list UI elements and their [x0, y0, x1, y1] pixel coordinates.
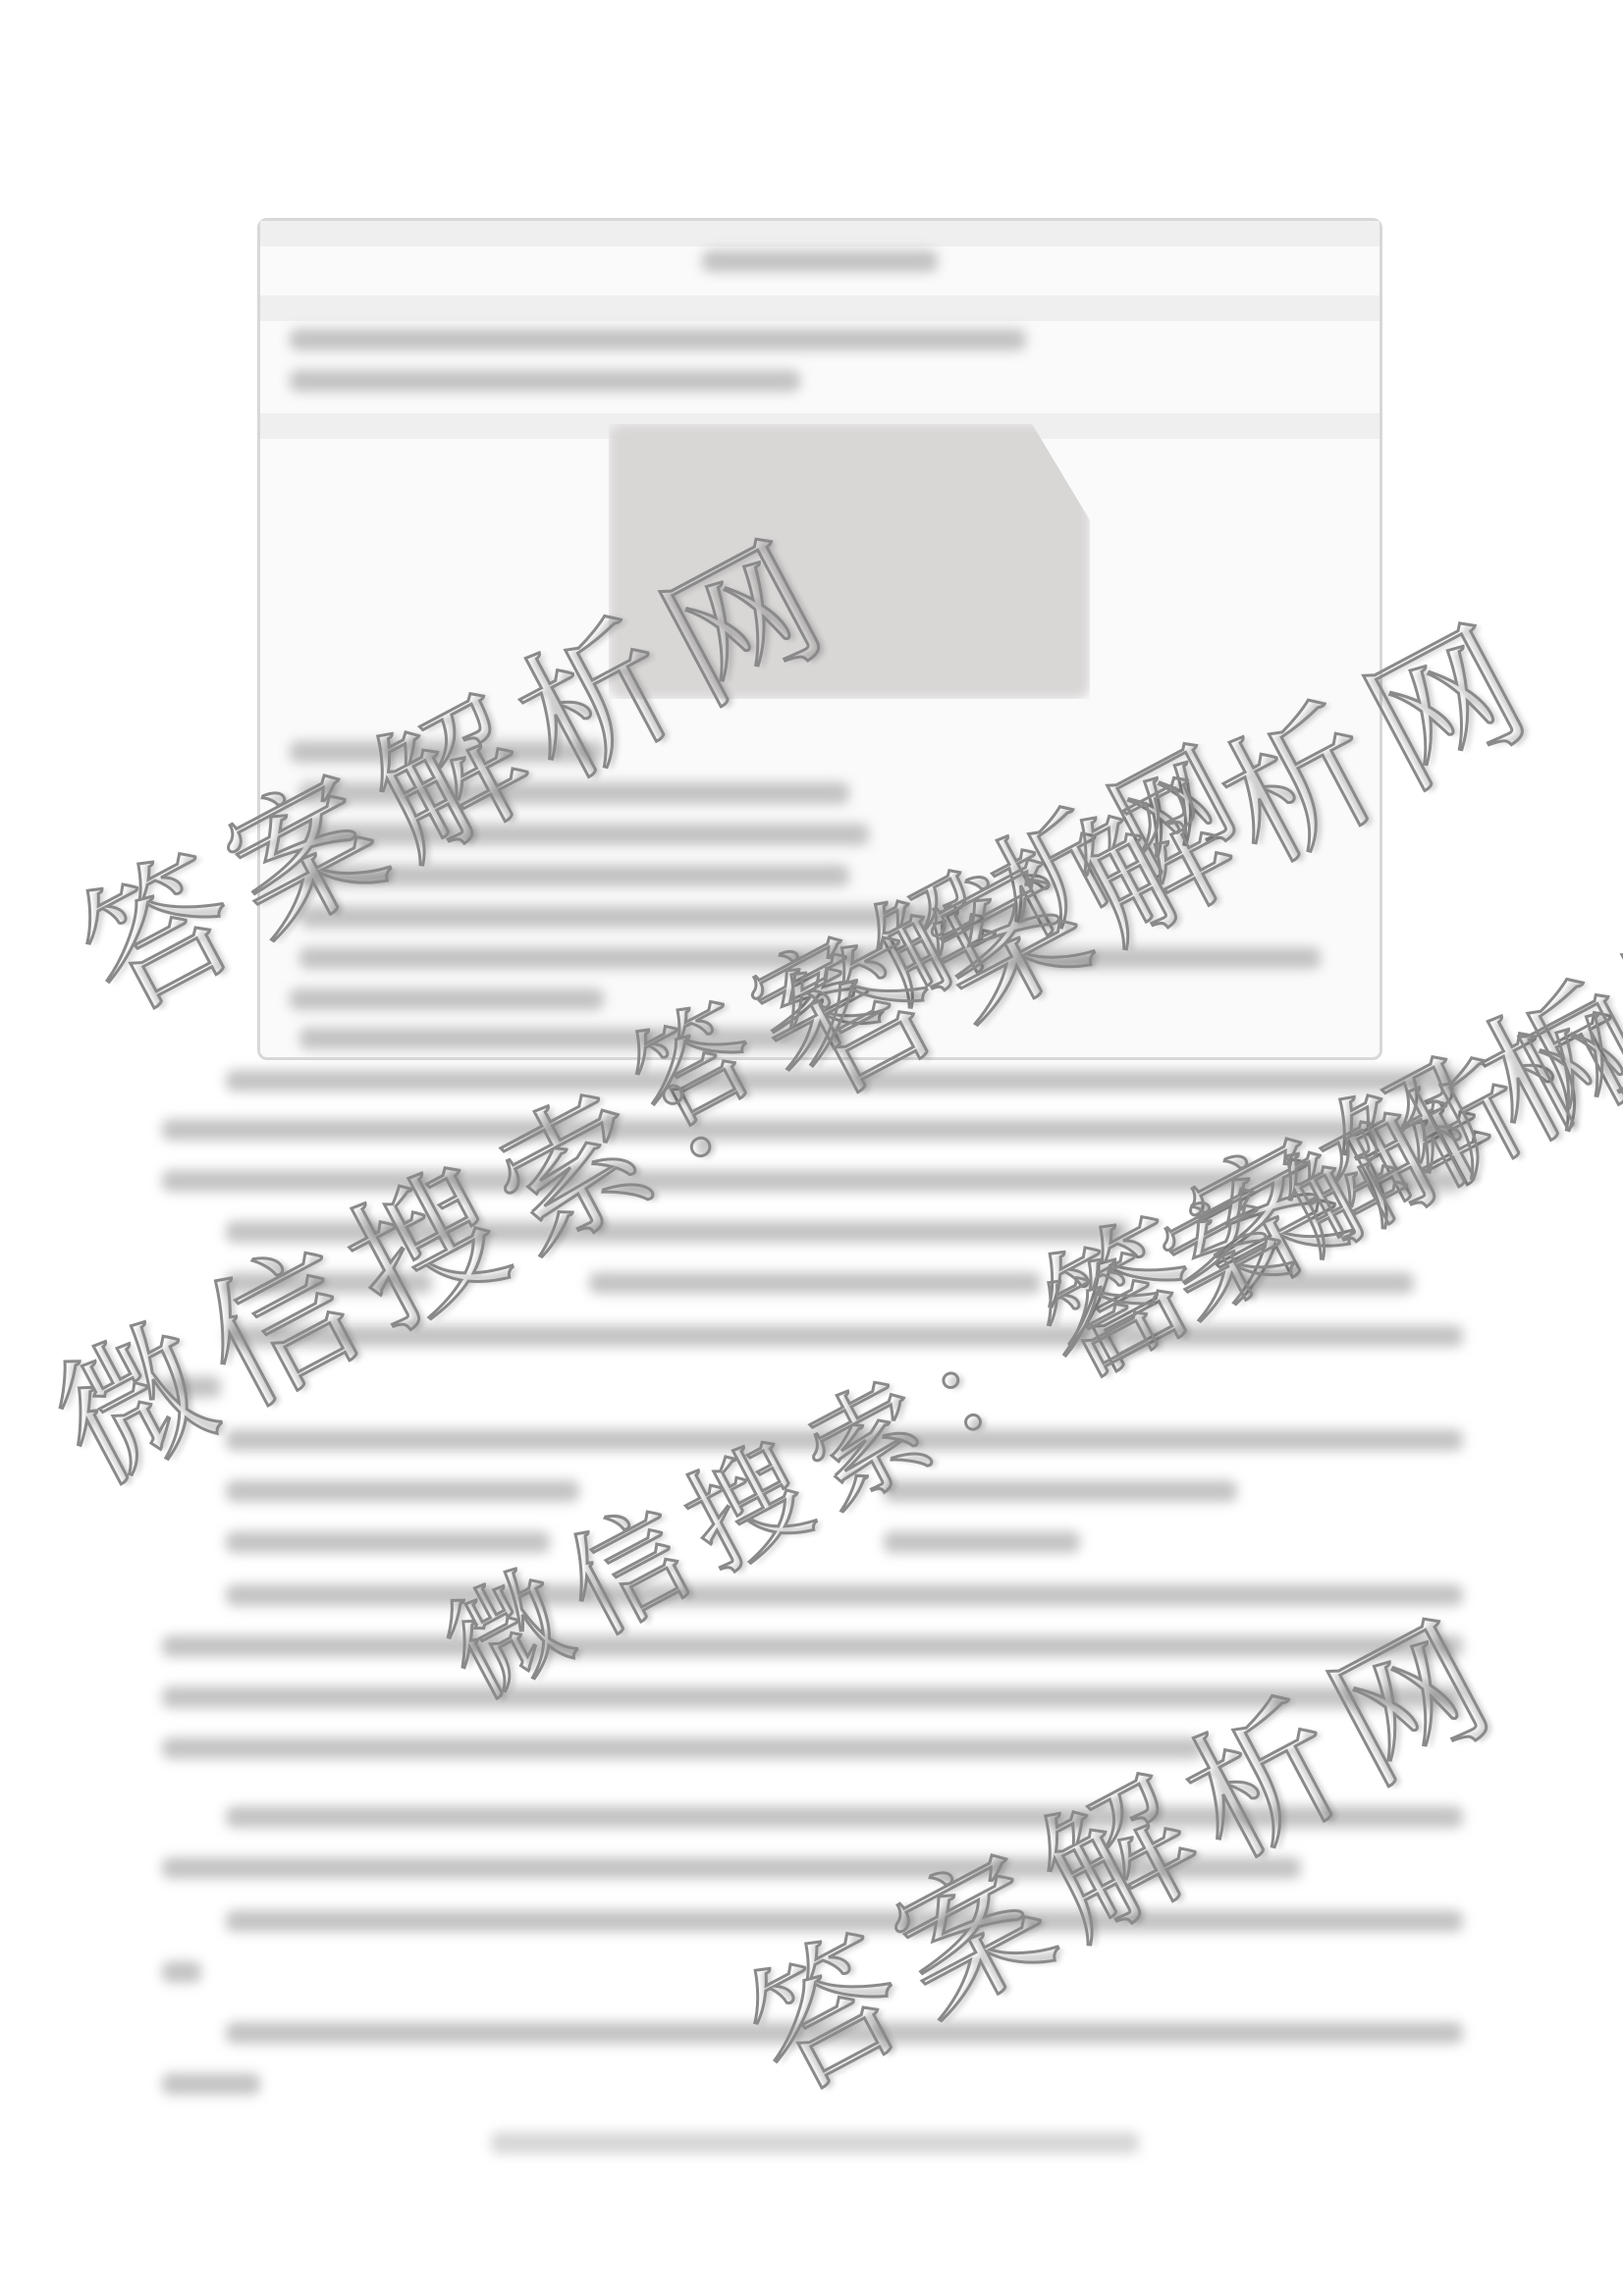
option-a-blurred [226, 1480, 579, 1502]
exam-page: 答案解析网 答案解析网 答案解析网 微信搜索：答案解析网 微信搜索：答案解析网 … [0, 0, 1623, 2296]
blurred-line [290, 988, 604, 1010]
blurred-line [226, 1221, 1129, 1243]
blurred-line [290, 370, 800, 392]
blurred-line [299, 1028, 849, 1049]
option-c-blurred [226, 1531, 550, 1553]
blurred-line [226, 1806, 1463, 1828]
blurred-line [226, 1910, 1463, 1932]
option-b-blurred [884, 1480, 1237, 1502]
option-b-blurred [589, 1272, 1041, 1294]
blurred-line [226, 1429, 1463, 1451]
blurred-line [162, 1170, 1463, 1192]
blurred-line [162, 1686, 1463, 1708]
blurred-line [226, 1325, 1463, 1347]
box-title-blurred [702, 250, 938, 272]
page-footer-blurred [491, 2132, 1139, 2154]
box-header-band [260, 221, 1380, 246]
blurred-line [299, 824, 869, 845]
blurred-line [226, 1584, 1463, 1606]
blurred-line [162, 1376, 221, 1398]
blurred-line [162, 1961, 201, 1983]
blurred-line [290, 741, 604, 763]
option-c-blurred [1227, 1272, 1414, 1294]
blurred-line [299, 865, 849, 886]
blurred-line [162, 1119, 1463, 1141]
blurred-line [299, 782, 849, 804]
blurred-line [162, 2073, 260, 2095]
box-divider [260, 295, 1380, 321]
blurred-line [226, 2022, 1463, 2044]
blurred-line [299, 947, 1321, 969]
blurred-line [299, 906, 1046, 928]
blurred-line [226, 1070, 1463, 1092]
blurred-line [162, 1737, 1203, 1759]
option-d-blurred [884, 1531, 1080, 1553]
cell-diagram-blurred [609, 424, 1090, 699]
blurred-line [290, 329, 1026, 350]
option-a-blurred [226, 1272, 432, 1294]
blurred-line [162, 1857, 1301, 1879]
blurred-line [162, 1635, 1463, 1657]
